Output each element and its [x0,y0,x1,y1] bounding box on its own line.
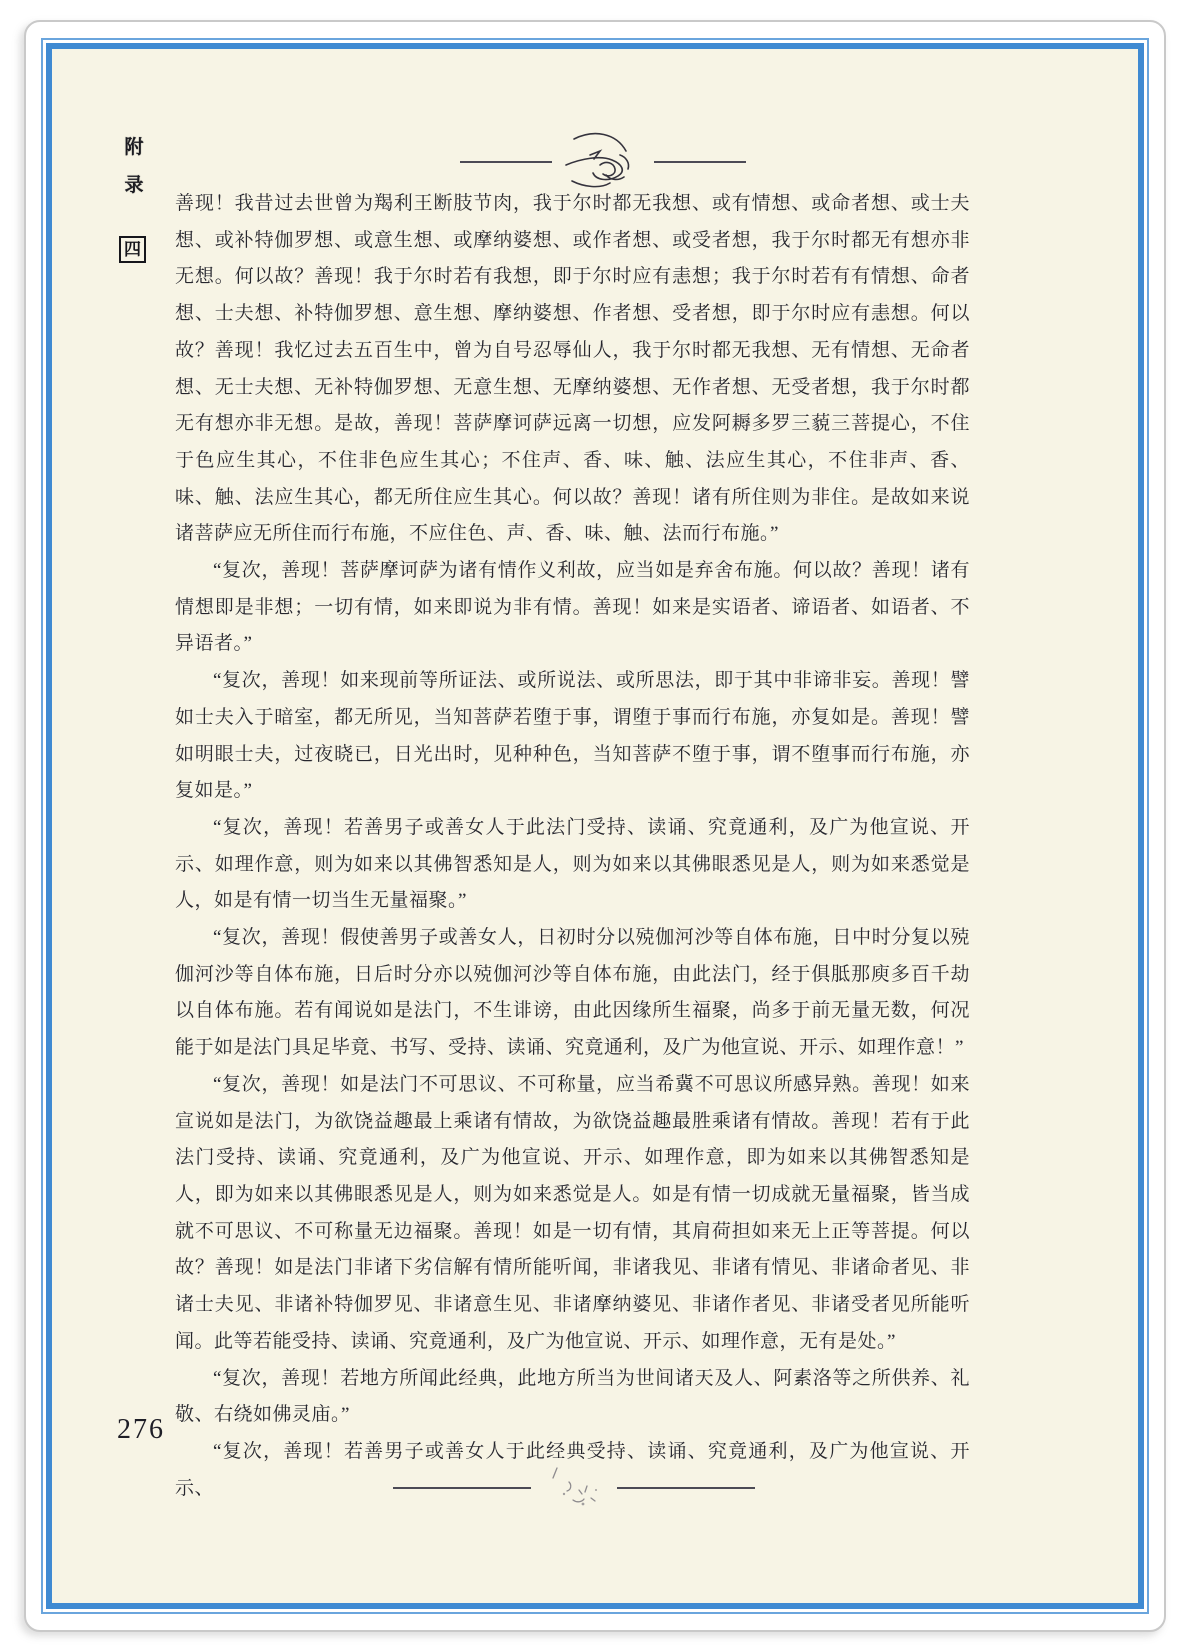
sutra-text-block: 善现！我昔过去世曾为羯利王断肢节肉，我于尔时都无我想、或有情想、或命者想、或士夫… [175,186,970,1507]
paragraph: “复次，善现！若善男子或善女人于此法门受持、读诵、究竟通利，及广为他宣说、开示、… [175,810,970,920]
page-number: 276 [117,1414,165,1446]
appendix-number-box: 四 [119,236,146,263]
ink-smudge-icon [539,1460,609,1517]
page-content: 附 录 四 善现！我昔过去世曾为羯利王断肢节肉，我于尔时都无我想、或有情想、或命… [0,0,1188,1652]
paragraph: 善现！我昔过去世曾为羯利王断肢节肉，我于尔时都无我想、或有情想、或命者想、或士夫… [175,186,970,553]
margin-label-appendix-char1: 附 [123,138,145,157]
bottom-divider [388,1458,760,1518]
divider-line-left [460,161,552,163]
divider-line-right [617,1487,755,1489]
paragraph: “复次，善现！如来现前等所证法、或所说法、或所思法，即于其中非谛非妄。善现！譬如… [175,663,970,810]
paragraph: “复次，善现！假使善男子或善女人，日初时分以殑伽河沙等自体布施，日中时分复以殑伽… [175,920,970,1067]
paragraph: “复次，善现！菩萨摩诃萨为诸有情作义利故，应当如是弃舍布施。何以故？善现！诸有情… [175,553,970,663]
divider-line-right [654,161,746,163]
paragraph: “复次，善现！如是法门不可思议、不可称量，应当希冀不可思议所感异熟。善现！如来宣… [175,1067,970,1361]
divider-line-left [393,1487,531,1489]
margin-label-appendix-char2: 录 [123,176,145,195]
paragraph: “复次，善现！若地方所闻此经典，此地方所当为世间诸天及人、阿素洛等之所供养、礼敬… [175,1361,970,1434]
